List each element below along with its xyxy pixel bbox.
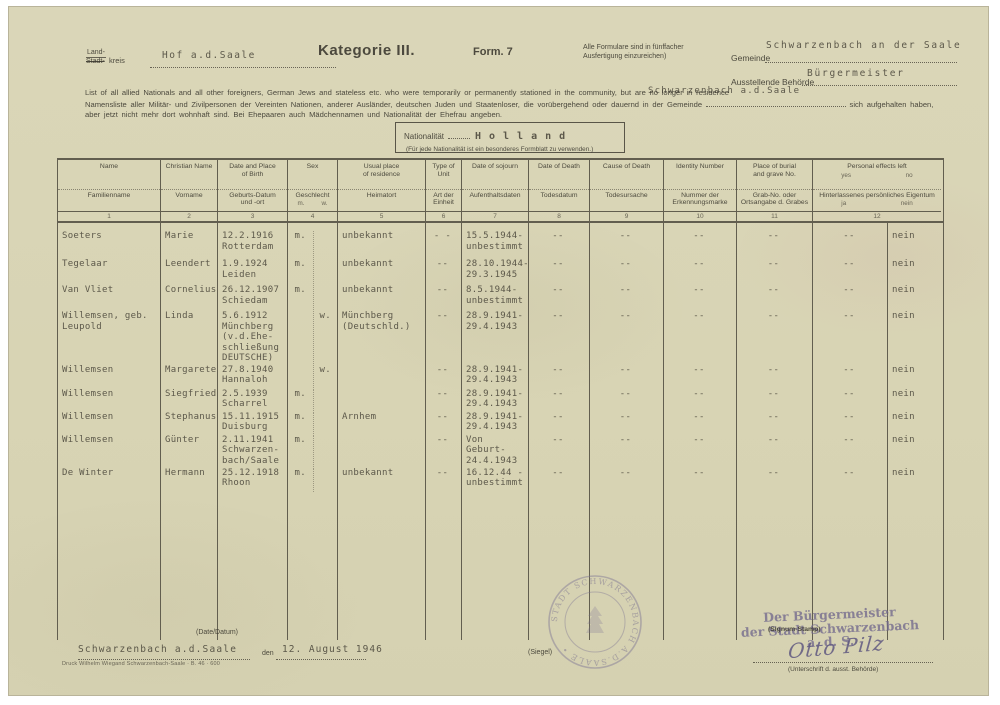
cell-death: --: [529, 364, 590, 388]
header-en: Date and Place of Birth: [218, 160, 287, 190]
filler-cell: [462, 492, 529, 640]
header-en: Personal effects leftyesno: [813, 160, 941, 190]
cell-heimat: unbekannt: [338, 284, 426, 310]
cell-sex: m.: [288, 467, 338, 492]
persons-table: NameFamilienname1Christian NameVorname2D…: [57, 158, 944, 640]
den-label: den: [262, 650, 274, 657]
behoerde-underline: [802, 84, 957, 86]
sex-w: [313, 412, 338, 434]
sex-w: [313, 389, 338, 411]
cell-effects-ja: --: [813, 434, 888, 467]
intro-line3: aber jetzt nicht mehr dort wohnhaft sind…: [85, 110, 502, 119]
cell-heimat: Arnhem: [338, 411, 426, 434]
sex-m: [288, 311, 313, 364]
table-row: SoetersMarie12.2.1916 Rotterdamm.unbekan…: [58, 223, 943, 258]
cell-effects-ja: --: [813, 223, 888, 258]
cell-grave: --: [737, 284, 813, 310]
cell-cause: --: [590, 223, 664, 258]
cell-birth: 25.12.1918 Rhoon: [218, 467, 288, 492]
header-de: Geschlechtm.w.: [288, 190, 337, 211]
header-en: Date of sojourn: [462, 160, 528, 190]
cell-sex: w.: [288, 310, 338, 364]
cell-birth: 15.11.1915 Duisburg: [218, 411, 288, 434]
cell-identity: --: [664, 284, 737, 310]
filler-cell: [426, 492, 462, 640]
intro-line1-typed: Schwarzenbach a.d.Saale: [648, 86, 800, 96]
header-num: 8: [529, 211, 589, 221]
cell-vorname: Leendert: [161, 258, 218, 284]
header-sub-de: m.w.: [289, 200, 336, 207]
cell-heimat: unbekannt: [338, 467, 426, 492]
header-num: 11: [737, 211, 812, 221]
signature-caption: (Unterschrift d. ausst. Behörde): [788, 666, 878, 673]
form-number: Form. 7: [473, 46, 513, 58]
cell-death: --: [529, 434, 590, 467]
cell-name: Willemsen, geb. Leupold: [58, 310, 161, 364]
intro-line1: List of all allied Nationals and all oth…: [85, 88, 729, 97]
cell-cause: --: [590, 388, 664, 411]
cell-identity: --: [664, 364, 737, 388]
cell-name: Willemsen: [58, 388, 161, 411]
header-en: Date of Death: [529, 160, 589, 190]
header-sub-label: ja: [841, 200, 846, 207]
header-num: 5: [338, 211, 425, 221]
cell-death: --: [529, 388, 590, 411]
cell-effects-nein: nein: [888, 467, 941, 492]
cell-cause: --: [590, 364, 664, 388]
header-num: 7: [462, 211, 528, 221]
header-de: Heimatort: [338, 190, 425, 211]
cell-effects-nein: nein: [888, 388, 941, 411]
sex-w: [313, 435, 338, 467]
header-sub-label: no: [906, 172, 913, 180]
cell-sojourn: 28.9.1941- 29.4.1943: [462, 364, 529, 388]
cell-grave: --: [737, 388, 813, 411]
header-col-3: Date and Place of BirthGeburts-Datum und…: [218, 160, 288, 221]
intro-line2-pre: Namensliste aller Militär- und Zivilpers…: [85, 100, 702, 109]
header-col-2: Christian NameVorname2: [161, 160, 218, 221]
cell-unit: --: [426, 434, 462, 467]
header-num: 9: [590, 211, 663, 221]
kreis-underline: [150, 66, 336, 68]
header-de: Todesdatum: [529, 190, 589, 211]
cell-identity: --: [664, 411, 737, 434]
header-col-8: Date of DeathTodesdatum8: [529, 160, 590, 221]
header-col-1: NameFamilienname1: [58, 160, 161, 221]
header-col-11: Place of burial and grave No.Grab-No. od…: [737, 160, 813, 221]
footer-place: Schwarzenbach a.d.Saale: [78, 644, 237, 655]
sex-w: w.: [313, 365, 338, 388]
cell-effects-nein: nein: [888, 364, 941, 388]
header-de: Vorname: [161, 190, 217, 211]
header-de: Art der Einheit: [426, 190, 461, 211]
cell-grave: --: [737, 411, 813, 434]
header-de: Hinterlassenes persönliches Eigentumjane…: [813, 190, 941, 211]
kreis-value: Hof a.d.Saale: [162, 50, 256, 61]
cell-cause: --: [590, 284, 664, 310]
cell-effects-ja: --: [813, 310, 888, 364]
header-de: Geburts-Datum und -ort: [218, 190, 287, 211]
header-col-6: Type of UnitArt der Einheit6: [426, 160, 462, 221]
header-de: Grab-No. oder Ortsangabe d. Grabes: [737, 190, 812, 211]
sex-m: m.: [288, 231, 313, 258]
header-num: 10: [664, 211, 736, 221]
cell-effects-ja: --: [813, 258, 888, 284]
sex-m: m.: [288, 435, 313, 467]
sex-w: [313, 285, 338, 310]
cell-unit: --: [426, 258, 462, 284]
cell-death: --: [529, 310, 590, 364]
sex-w: [313, 259, 338, 284]
cell-name: De Winter: [58, 467, 161, 492]
header-col-12: Personal effects leftyesnoHinterlassenes…: [813, 160, 941, 221]
cell-death: --: [529, 467, 590, 492]
cell-sojourn: 16.12.44 - unbestimmt: [462, 467, 529, 492]
cell-sojourn: 28.9.1941- 29.4.1943: [462, 411, 529, 434]
table-row: Van VlietCornelius26.12.1907 Schiedamm.u…: [58, 284, 943, 310]
header-col-4: SexGeschlechtm.w.4: [288, 160, 338, 221]
cell-vorname: Günter: [161, 434, 218, 467]
table-row: WillemsenStephanus15.11.1915 Duisburgm.A…: [58, 411, 943, 434]
cell-effects-nein: nein: [888, 411, 941, 434]
header-num: 12: [813, 211, 941, 221]
footer-place-underline: [78, 658, 250, 660]
header-en: Usual place of residence: [338, 160, 425, 190]
header-num: 1: [58, 211, 160, 221]
cell-unit: --: [426, 310, 462, 364]
cell-grave: --: [737, 434, 813, 467]
cell-vorname: Marie: [161, 223, 218, 258]
cell-vorname: Linda: [161, 310, 218, 364]
cell-sojourn: 28.9.1941- 29.4.1943: [462, 310, 529, 364]
filler-cell: [338, 492, 426, 640]
cell-effects-nein: nein: [888, 434, 941, 467]
cell-sex: m.: [288, 258, 338, 284]
filler-cell: [664, 492, 737, 640]
cell-identity: --: [664, 258, 737, 284]
cell-identity: --: [664, 310, 737, 364]
filler-cell: [218, 492, 288, 640]
cell-name: Soeters: [58, 223, 161, 258]
cell-effects-ja: --: [813, 467, 888, 492]
header-de: Aufenthaltsdaten: [462, 190, 528, 211]
land-label: Land-: [86, 49, 106, 58]
header-num: 4: [288, 211, 337, 221]
cell-name: Van Vliet: [58, 284, 161, 310]
cell-birth: 12.2.1916 Rotterdam: [218, 223, 288, 258]
cell-effects-nein: nein: [888, 223, 941, 258]
cell-sojourn: 15.5.1944- unbestimmt: [462, 223, 529, 258]
cell-sex: m.: [288, 223, 338, 258]
cell-grave: --: [737, 223, 813, 258]
cell-heimat: [338, 388, 426, 411]
cell-name: Willemsen: [58, 364, 161, 388]
header-num: 6: [426, 211, 461, 221]
cell-effects-ja: --: [813, 388, 888, 411]
seal-emblem: [586, 606, 604, 633]
cell-birth: 2.5.1939 Scharrel: [218, 388, 288, 411]
page-title: Kategorie III.: [318, 42, 415, 59]
intro-line2-blank: [706, 99, 846, 107]
cell-cause: --: [590, 310, 664, 364]
table-row: De WinterHermann25.12.1918 Rhoonm.unbeka…: [58, 467, 943, 492]
cell-death: --: [529, 284, 590, 310]
nationality-value: H o l l a n d: [475, 131, 566, 142]
kreis-label: kreis: [109, 56, 125, 65]
stadt-label: Stadt-: [86, 58, 106, 66]
nationality-dots: [448, 131, 470, 139]
cell-name: Willemsen: [58, 411, 161, 434]
sex-w: [313, 231, 338, 258]
header-en: Name: [58, 160, 160, 190]
cell-cause: --: [590, 411, 664, 434]
cell-sojourn: 8.5.1944- unbestimmt: [462, 284, 529, 310]
nationality-label: Nationalität: [404, 132, 444, 141]
header-sub-de: janein: [814, 200, 940, 207]
header-col-7: Date of sojournAufenthaltsdaten7: [462, 160, 529, 221]
cell-effects-ja: --: [813, 364, 888, 388]
cell-heimat: unbekannt: [338, 258, 426, 284]
cell-name: Willemsen: [58, 434, 161, 467]
cell-grave: --: [737, 258, 813, 284]
header-en: Christian Name: [161, 160, 217, 190]
header-sub-label: w.: [322, 200, 328, 207]
sex-w: w.: [313, 311, 338, 364]
header-sub-en: yesno: [814, 172, 940, 180]
cell-sex: w.: [288, 364, 338, 388]
cell-death: --: [529, 258, 590, 284]
cell-grave: --: [737, 467, 813, 492]
date-caption: (Date/Datum): [196, 629, 238, 636]
cell-sex: m.: [288, 411, 338, 434]
cell-heimat: [338, 434, 426, 467]
header-de: Nummer der Erkennungsmarke: [664, 190, 736, 211]
cell-cause: --: [590, 434, 664, 467]
cell-sojourn: 28.10.1944- 29.3.1945: [462, 258, 529, 284]
cell-birth: 27.8.1940 Hannaloh: [218, 364, 288, 388]
filler-cell: [58, 492, 161, 640]
cell-death: --: [529, 411, 590, 434]
copies-note-line1: Alle Formulare sind in fünffacher: [583, 44, 684, 53]
cell-birth: 26.12.1907 Schiedam: [218, 284, 288, 310]
cell-unit: --: [426, 388, 462, 411]
header-en: Sex: [288, 160, 337, 190]
cell-sex: m.: [288, 388, 338, 411]
sex-m: m.: [288, 259, 313, 284]
sex-m: [288, 365, 313, 388]
cell-sojourn: Von Geburt- 24.4.1943: [462, 434, 529, 467]
sex-m: m.: [288, 389, 313, 411]
copies-note-line2: Ausfertigung einzureichen): [583, 53, 684, 62]
cell-unit: --: [426, 411, 462, 434]
footer-date: 12. August 1946: [282, 644, 383, 655]
cell-grave: --: [737, 310, 813, 364]
gemeinde-value: Schwarzenbach an der Saale: [766, 40, 962, 51]
sex-m: m.: [288, 412, 313, 434]
header-de: Familienname: [58, 190, 160, 211]
cell-vorname: Hermann: [161, 467, 218, 492]
signature-underline: [753, 661, 933, 663]
footer-date-underline: [276, 658, 366, 660]
header-en: Place of burial and grave No.: [737, 160, 812, 190]
table-row: WillemsenSiegfried2.5.1939 Scharrelm.--2…: [58, 388, 943, 411]
behoerde-value: Bürgermeister: [807, 68, 905, 79]
cell-vorname: Cornelius: [161, 284, 218, 310]
cell-identity: --: [664, 388, 737, 411]
cell-name: Tegelaar: [58, 258, 161, 284]
cell-effects-ja: --: [813, 284, 888, 310]
sex-w: [313, 468, 338, 492]
nationality-note: (Für jede Nationalität ist ein besondere…: [396, 144, 624, 153]
cell-identity: --: [664, 434, 737, 467]
table-row: WillemsenGünter2.11.1941 Schwarzen- bach…: [58, 434, 943, 467]
table-row: WillemsenMargarete27.8.1940 Hannalohw.--…: [58, 364, 943, 388]
header-num: 3: [218, 211, 287, 221]
cell-heimat: unbekannt: [338, 223, 426, 258]
signum-label: (Signum-Stamp): [768, 626, 820, 633]
cell-grave: --: [737, 364, 813, 388]
gemeinde-underline: [765, 61, 957, 63]
cell-unit: --: [426, 467, 462, 492]
cell-unit: - -: [426, 223, 462, 258]
copies-note: Alle Formulare sind in fünffacher Ausfer…: [583, 44, 684, 61]
cell-unit: --: [426, 284, 462, 310]
header-sub-label: yes: [841, 172, 851, 180]
cell-death: --: [529, 223, 590, 258]
header-col-9: Cause of DeathTodesursache9: [590, 160, 664, 221]
cell-sojourn: 28.9.1941- 29.4.1943: [462, 388, 529, 411]
filler-cell: [161, 492, 218, 640]
table-body: SoetersMarie12.2.1916 Rotterdamm.unbekan…: [58, 223, 943, 640]
cell-sex: m.: [288, 284, 338, 310]
cell-vorname: Siegfried: [161, 388, 218, 411]
cell-heimat: Münchberg (Deutschld.): [338, 310, 426, 364]
header-de: Todesursache: [590, 190, 663, 211]
filler-cell: [288, 492, 338, 640]
header-num: 2: [161, 211, 217, 221]
cell-effects-nein: nein: [888, 310, 941, 364]
cell-cause: --: [590, 258, 664, 284]
header-en: Type of Unit: [426, 160, 461, 190]
table-row: Willemsen, geb. LeupoldLinda5.6.1912 Mün…: [58, 310, 943, 364]
header-en: Identity Number: [664, 160, 736, 190]
cell-vorname: Margarete: [161, 364, 218, 388]
nationality-box: Nationalität H o l l a n d (Für jede Nat…: [395, 122, 625, 153]
intro-line2: Namensliste aller Militär- und Zivilpers…: [85, 99, 933, 109]
cell-birth: 2.11.1941 Schwarzen- bach/Saale: [218, 434, 288, 467]
table-header: NameFamilienname1Christian NameVorname2D…: [58, 158, 943, 223]
header-sub-label: nein: [901, 200, 913, 207]
header-col-10: Identity NumberNummer der Erkennungsmark…: [664, 160, 737, 221]
landkreis-block: Land- Stadt-: [86, 49, 106, 66]
sex-m: m.: [288, 468, 313, 492]
cell-effects-nein: nein: [888, 284, 941, 310]
cell-birth: 5.6.1912 Münchberg (v.d.Ehe- schließung …: [218, 310, 288, 364]
table-row: TegelaarLeendert1.9.1924 Leidenm.unbekan…: [58, 258, 943, 284]
city-seal-stamp: STADT SCHWARZENBACH A.D.SAALE •: [545, 572, 645, 672]
header-sub-label: m.: [298, 200, 305, 207]
cell-identity: --: [664, 223, 737, 258]
scanned-form-page: Land- Stadt- kreis Hof a.d.Saale Kategor…: [0, 0, 1000, 705]
cell-sex: m.: [288, 434, 338, 467]
sex-m: m.: [288, 285, 313, 310]
cell-vorname: Stephanus: [161, 411, 218, 434]
cell-unit: --: [426, 364, 462, 388]
cell-effects-nein: nein: [888, 258, 941, 284]
cell-cause: --: [590, 467, 664, 492]
cell-effects-ja: --: [813, 411, 888, 434]
cell-identity: --: [664, 467, 737, 492]
header-col-5: Usual place of residenceHeimatort5: [338, 160, 426, 221]
intro-line2-post: sich aufgehalten haben,: [850, 100, 934, 109]
printer-note: Druck Wilhelm Wiegand Schwarzenbach-Saal…: [62, 661, 220, 667]
header-en: Cause of Death: [590, 160, 663, 190]
cell-heimat: [338, 364, 426, 388]
cell-birth: 1.9.1924 Leiden: [218, 258, 288, 284]
